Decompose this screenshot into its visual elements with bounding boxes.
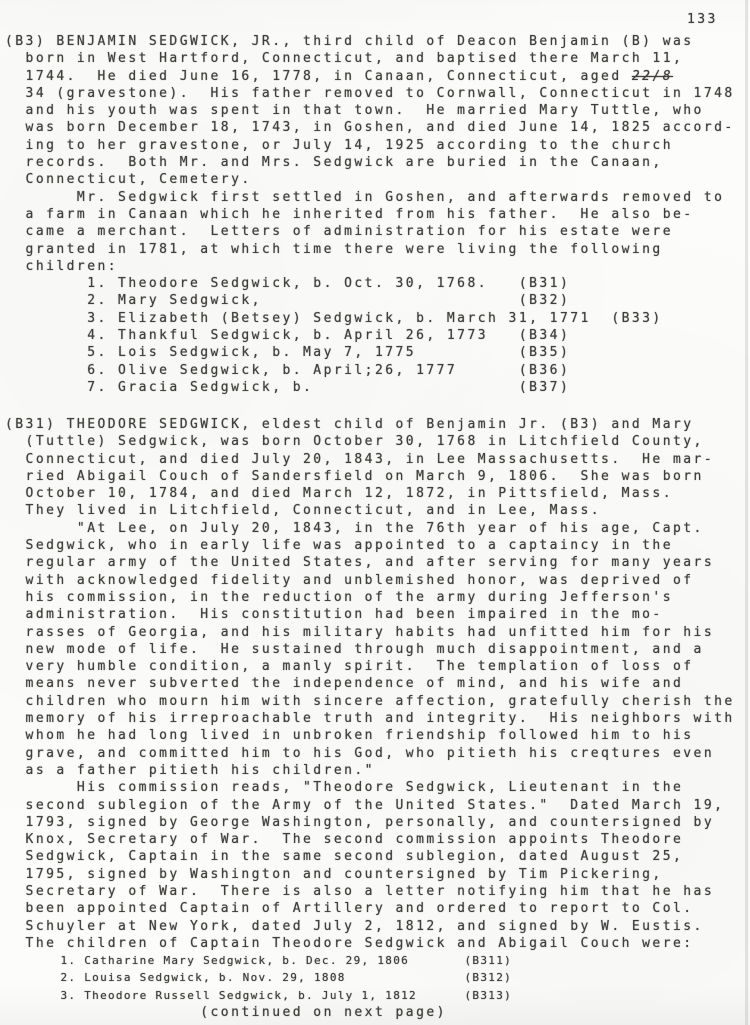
text-line: children who mourn him with sincere affe… (5, 693, 750, 710)
text-line: grave, and committed him to his God, who… (5, 745, 750, 762)
text-line: October 10, 1784, and died March 12, 187… (5, 485, 750, 502)
text-line: administration. His constitution had bee… (5, 606, 750, 623)
text-line: (Tuttle) Sedgwick, was born October 30, … (5, 433, 750, 450)
text-line: born in West Hartford, Connecticut, and … (5, 50, 750, 67)
continued-note: (continued on next page) (5, 1004, 750, 1021)
text-line: 1744. He died June 16, 1778, in Canaan, … (5, 68, 750, 85)
text-line: Knox, Secretary of War. The second commi… (5, 831, 750, 848)
text-line: 1. Theodore Sedgwick, b. Oct. 30, 1768. … (5, 275, 750, 292)
text-line: came a merchant. Letters of administrati… (5, 223, 750, 240)
text-line: 6. Olive Sedgwick, b. April;26, 1777 (B3… (5, 362, 750, 379)
text-line: Connecticut, and died July 20, 1843, in … (5, 451, 750, 468)
text-line: second sublegion of the Army of the Unit… (5, 797, 750, 814)
text-line: "At Lee, on July 20, 1843, in the 76th y… (5, 520, 750, 537)
text-line: a farm in Canaan which he inherited from… (5, 206, 750, 223)
text-line: Mr. Sedgwick first settled in Goshen, an… (5, 189, 750, 206)
text-line: very humble condition, a manly spirit. T… (5, 658, 750, 675)
text-line: 1. Catharine Mary Sedgwick, b. Dec. 29, … (5, 952, 750, 969)
text-line: rasses of Georgia, and his military habi… (5, 624, 750, 641)
text-line: his commission, in the reduction of the … (5, 589, 750, 606)
text-line: granted in 1781, at which time there wer… (5, 241, 750, 258)
overstruck-text: 22/8 (632, 69, 673, 84)
text-line: 7. Gracia Sedgwick, b. (B37) (5, 379, 750, 396)
genealogy-entry-b31-children-list: 1. Catharine Mary Sedgwick, b. Dec. 29, … (5, 952, 750, 1004)
text-line: whom he had long lived in unbroken frien… (5, 727, 750, 744)
text-line: Sedgwick, Captain in the same second sub… (5, 848, 750, 865)
text-line: The children of Captain Theodore Sedgwic… (5, 935, 750, 952)
text-line: new mode of life. He sustained through m… (5, 641, 750, 658)
text-line: was born December 18, 1743, in Goshen, a… (5, 119, 750, 136)
text-line: 1795, signed by Washington and countersi… (5, 866, 750, 883)
text-line: (B3) BENJAMIN SEDGWICK, JR., third child… (5, 33, 750, 50)
text-line: means never subverted the independence o… (5, 675, 750, 692)
document-page: 133 (B3) BENJAMIN SEDGWICK, JR., third c… (0, 0, 750, 1025)
text-line: Schuyler at New York, dated July 2, 1812… (5, 918, 750, 935)
text-line: records. Both Mr. and Mrs. Sedgwick are … (5, 154, 750, 171)
text-line: 5. Lois Sedgwick, b. May 7, 1775 (B35) (5, 344, 750, 361)
text-line: 3. Theodore Russell Sedgwick, b. July 1,… (5, 987, 750, 1004)
text-line: (B31) THEODORE SEDGWICK, eldest child of… (5, 416, 750, 433)
text-line: 4. Thankful Sedgwick, b. April 26, 1773 … (5, 327, 750, 344)
text-line: (continued on next page) (5, 1004, 750, 1021)
text-line: Connecticut, Cemetery. (5, 171, 750, 188)
text-line: 1793, signed by George Washington, perso… (5, 814, 750, 831)
text-line: 2. Mary Sedgwick, (B32) (5, 292, 750, 309)
text-line: Secretary of War. There is also a letter… (5, 883, 750, 900)
text-line: 3. Elizabeth (Betsey) Sedgwick, b. March… (5, 310, 750, 327)
page-number: 133 (687, 12, 718, 27)
text-line: and his youth was spent in that town. He… (5, 102, 750, 119)
text-line: ried Abigail Couch of Sandersfield on Ma… (5, 468, 750, 485)
text-line: ing to her gravestone, or July 14, 1925 … (5, 137, 750, 154)
text-line: as a father pitieth his children." (5, 762, 750, 779)
genealogy-entry-b31: (B31) THEODORE SEDGWICK, eldest child of… (5, 416, 750, 952)
text-line: memory of his irreproachable truth and i… (5, 710, 750, 727)
text-line: children: (5, 258, 750, 275)
text-line: regular army of the United States, and a… (5, 554, 750, 571)
text-line: They lived in Litchfield, Connecticut, a… (5, 502, 750, 519)
text-line: His commission reads, "Theodore Sedgwick… (5, 779, 750, 796)
genealogy-entry-b3: (B3) BENJAMIN SEDGWICK, JR., third child… (5, 33, 750, 396)
text-line: 2. Louisa Sedgwick, b. Nov. 29, 1808 (B3… (5, 969, 750, 986)
text-line: with acknowledged fidelity and unblemish… (5, 572, 750, 589)
text-line: 34 (gravestone). His father removed to C… (5, 85, 750, 102)
text-line: Sedgwick, who in early life was appointe… (5, 537, 750, 554)
text-line: been appointed Captain of Artillery and … (5, 900, 750, 917)
